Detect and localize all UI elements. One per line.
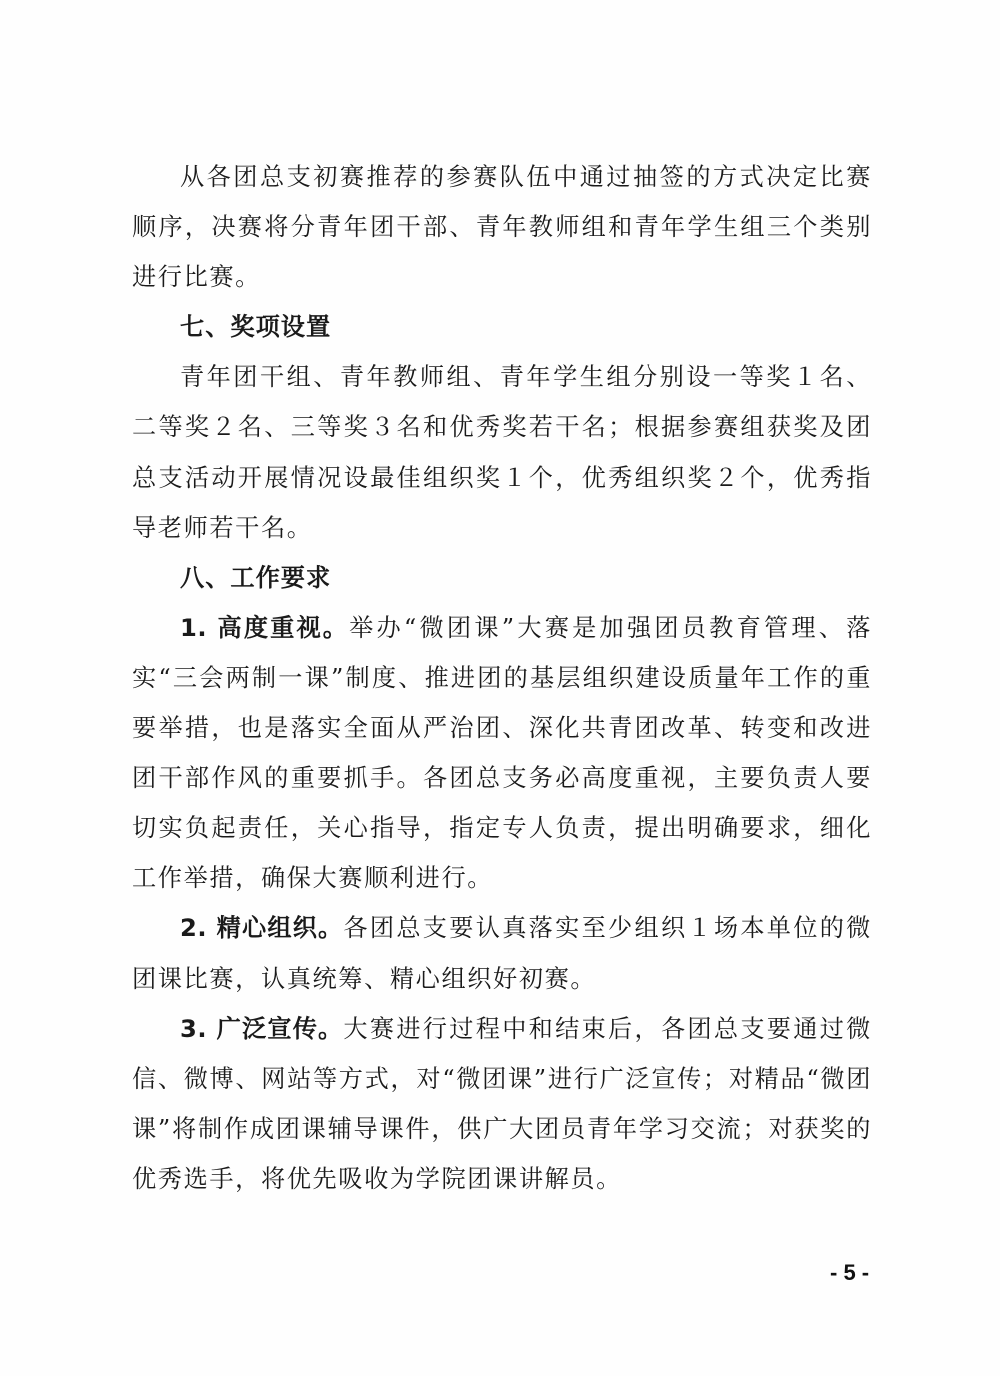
requirement-lead: 2. 精心组织。 — [180, 914, 343, 942]
page-number: - 5 - — [830, 1260, 869, 1286]
requirement-lead: 3. 广泛宣传。 — [180, 1015, 343, 1043]
document-page: 从各团总支初赛推荐的参赛队伍中通过抽签的方式决定比赛顺序，决赛将分青年团干部、青… — [0, 0, 1000, 1376]
requirement-item-1: 1. 高度重视。举办“微团课”大赛是加强团员教育管理、落实“三会两制一课”制度、… — [132, 603, 872, 904]
paragraph-competition-order: 从各团总支初赛推荐的参赛队伍中通过抽签的方式决定比赛顺序，决赛将分青年团干部、青… — [132, 152, 872, 302]
heading-work-requirements: 八、工作要求 — [132, 553, 872, 603]
paragraph-awards: 青年团干组、青年教师组、青年学生组分别设一等奖１名、二等奖２名、三等奖３名和优秀… — [132, 352, 872, 552]
requirement-item-2: 2. 精心组织。各团总支要认真落实至少组织１场本单位的微团课比赛，认真统筹、精心… — [132, 903, 872, 1003]
heading-awards: 七、奖项设置 — [132, 302, 872, 352]
requirement-text: 举办“微团课”大赛是加强团员教育管理、落实“三会两制一课”制度、推进团的基层组织… — [132, 614, 872, 892]
requirement-item-3: 3. 广泛宣传。大赛进行过程中和结束后，各团总支要通过微信、微博、网站等方式，对… — [132, 1004, 872, 1204]
document-body: 从各团总支初赛推荐的参赛队伍中通过抽签的方式决定比赛顺序，决赛将分青年团干部、青… — [132, 152, 872, 1204]
requirement-lead: 1. 高度重视。 — [180, 614, 349, 642]
